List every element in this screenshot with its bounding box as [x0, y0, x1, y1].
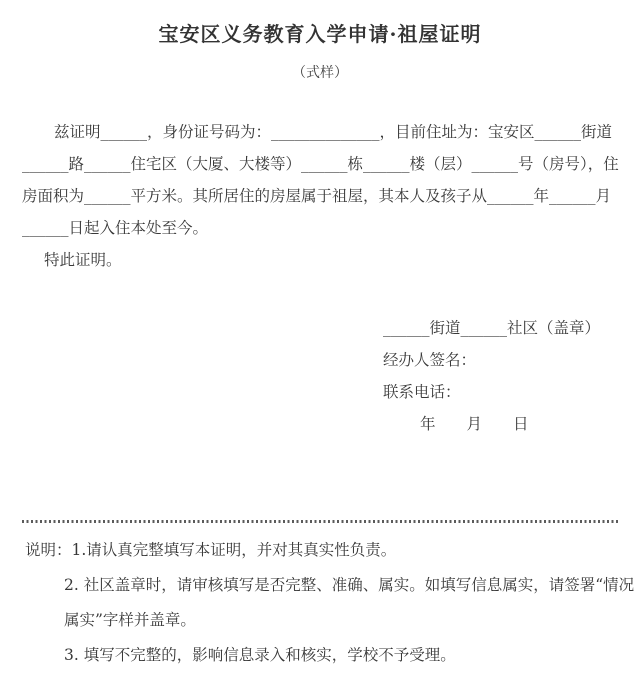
date-line: 年 月 日: [383, 408, 640, 440]
notes-section: 说明：1.请认真完整填写本证明，并对其真实性负责。 2. 社区盖章时，请审核填写…: [25, 533, 620, 673]
certificate-body: 兹证明______，身份证号码为：______________，目前住址为：宝安…: [22, 116, 618, 276]
note-2: 2. 社区盖章时，请审核填写是否完整、准确、属实。如填写信息属实，请签署“情况: [25, 568, 620, 603]
stamp-line: ______街道______社区（盖章）: [383, 312, 640, 344]
note-1: 说明：1.请认真完整填写本证明，并对其真实性负责。: [25, 533, 620, 568]
note-1-text: 1.请认真完整填写本证明，并对其真实性负责。: [72, 541, 397, 559]
note-3: 3. 填写不完整的，影响信息录入和核实，学校不予受理。: [25, 638, 620, 673]
body-line-2: ______路______住宅区（大厦、大楼等）______栋______楼（层…: [22, 148, 618, 180]
document-subtitle: （式样）: [0, 66, 640, 80]
document-title: 宝安区义务教育入学申请·祖屋证明: [0, 0, 640, 44]
signer-label: 经办人签名：: [383, 344, 640, 376]
certificate-document: 宝安区义务教育入学申请·祖屋证明 （式样） 兹证明______，身份证号码为：_…: [0, 0, 640, 676]
dotted-divider: [22, 520, 618, 523]
body-line-3: 房面积为______平方米。其所居住的房屋属于祖屋，其本人及孩子从______年…: [22, 180, 618, 212]
note-2-continued: 属实”字样并盖章。: [25, 603, 620, 638]
notes-label: 说明：: [25, 541, 72, 559]
phone-label: 联系电话：: [383, 376, 640, 408]
attest-line: 特此证明。: [22, 244, 618, 276]
signature-block: ______街道______社区（盖章） 经办人签名： 联系电话： 年 月 日: [383, 312, 640, 440]
body-line-1: 兹证明______，身份证号码为：______________，目前住址为：宝安…: [22, 116, 618, 148]
body-line-4: ______日起入住本处至今。: [22, 212, 618, 244]
